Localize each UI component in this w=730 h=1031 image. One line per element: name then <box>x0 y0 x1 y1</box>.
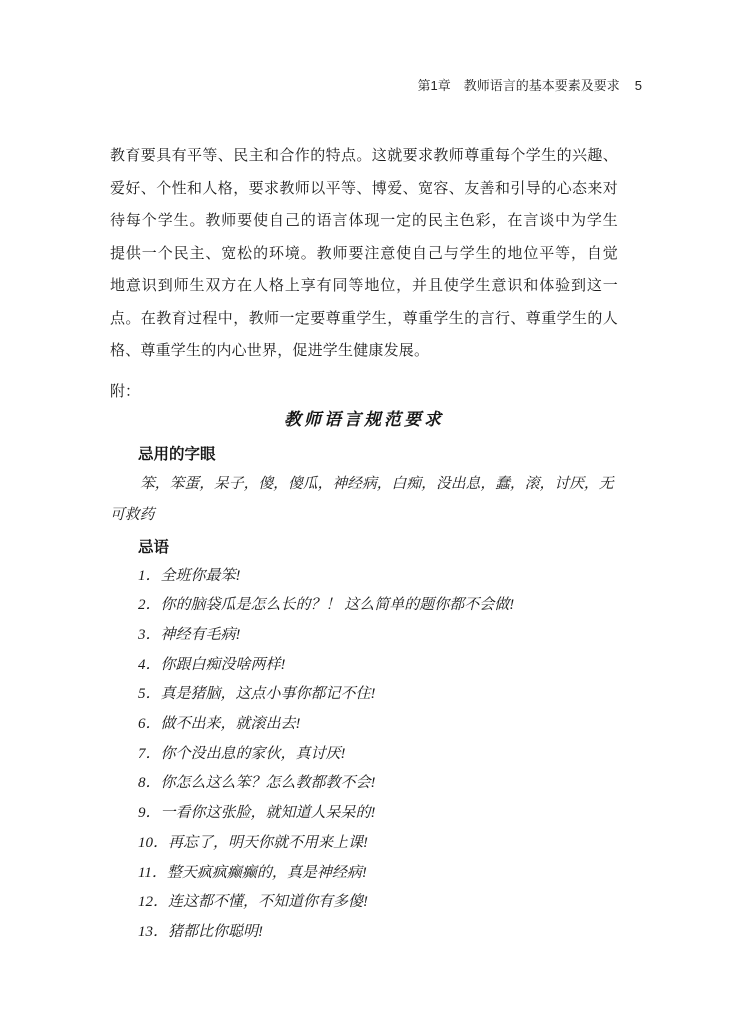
taboo-words-line: 笨，笨蛋，呆子，傻，傻瓜，神经病，白痴，没出息，蠢，滚，讨厌，无 <box>110 469 618 501</box>
chapter-number: 第1章 <box>418 78 451 93</box>
attachment-label: 附： <box>110 378 618 406</box>
paragraph-line: 点。在教育过程中，教师一定要尊重学生，尊重学生的言行、尊重学生的人 <box>110 303 618 336</box>
taboo-phrase-item: 10．再忘了，明天你就不用来上课! <box>138 829 618 859</box>
taboo-words-line: 可救药 <box>110 500 618 532</box>
paragraph-line: 待每个学生。教师要使自己的语言体现一定的民主色彩，在言谈中为学生 <box>110 205 618 238</box>
taboo-phrase-item: 6．做不出来，就滚出去! <box>138 710 618 740</box>
taboo-phrases-heading: 忌语 <box>138 534 618 562</box>
taboo-phrase-item: 9．一看你这张脸，就知道人呆呆的! <box>138 799 618 829</box>
running-header: 第1章 教师语言的基本要素及要求 5 <box>110 78 642 93</box>
taboo-phrase-item: 1．全班你最笨! <box>138 562 618 592</box>
paragraph-line: 爱好、个性和人格，要求教师以平等、博爱、宽容、友善和引导的心态来对 <box>110 173 618 206</box>
taboo-phrase-item: 4．你跟白痴没啥两样! <box>138 651 618 681</box>
taboo-words-heading: 忌用的字眼 <box>138 441 618 469</box>
taboo-phrase-item: 5．真是猪脑，这点小事你都记不住! <box>138 680 618 710</box>
attachment-title: 教师语言规范要求 <box>110 406 618 434</box>
taboo-phrase-item: 12．连这都不懂，不知道你有多傻! <box>138 888 618 918</box>
paragraph-line: 地意识到师生双方在人格上享有同等地位，并且使学生意识和体验到这一 <box>110 270 618 303</box>
taboo-phrase-item: 13．猪都比你聪明! <box>138 918 618 948</box>
paragraph-line: 格、尊重学生的内心世界，促进学生健康发展。 <box>110 335 618 368</box>
taboo-words-content: 笨，笨蛋，呆子，傻，傻瓜，神经病，白痴，没出息，蠢，滚，讨厌，无可救药 <box>110 469 618 532</box>
chapter-title: 教师语言的基本要素及要求 <box>464 78 620 93</box>
taboo-phrases-list: 1．全班你最笨!2．你的脑袋瓜是怎么长的？！ 这么简单的题你都不会做!3．神经有… <box>110 562 618 948</box>
body-paragraph: 教育要具有平等、民主和合作的特点。这就要求教师尊重每个学生的兴趣、爱好、个性和人… <box>110 140 618 368</box>
book-page: 第1章 教师语言的基本要素及要求 5 教育要具有平等、民主和合作的特点。这就要求… <box>0 0 730 1031</box>
paragraph-line: 教育要具有平等、民主和合作的特点。这就要求教师尊重每个学生的兴趣、 <box>110 140 618 173</box>
taboo-phrase-item: 11．整天疯疯癫癫的，真是神经病! <box>138 859 618 889</box>
taboo-phrase-item: 3．神经有毛病! <box>138 621 618 651</box>
taboo-phrase-item: 2．你的脑袋瓜是怎么长的？！ 这么简单的题你都不会做! <box>138 591 618 621</box>
page-number: 5 <box>635 78 642 93</box>
taboo-phrase-item: 8．你怎么这么笨？怎么教都教不会! <box>138 769 618 799</box>
taboo-phrase-item: 7．你个没出息的家伙，真讨厌! <box>138 740 618 770</box>
paragraph-line: 提供一个民主、宽松的环境。教师要注意使自己与学生的地位平等，自觉 <box>110 238 618 271</box>
